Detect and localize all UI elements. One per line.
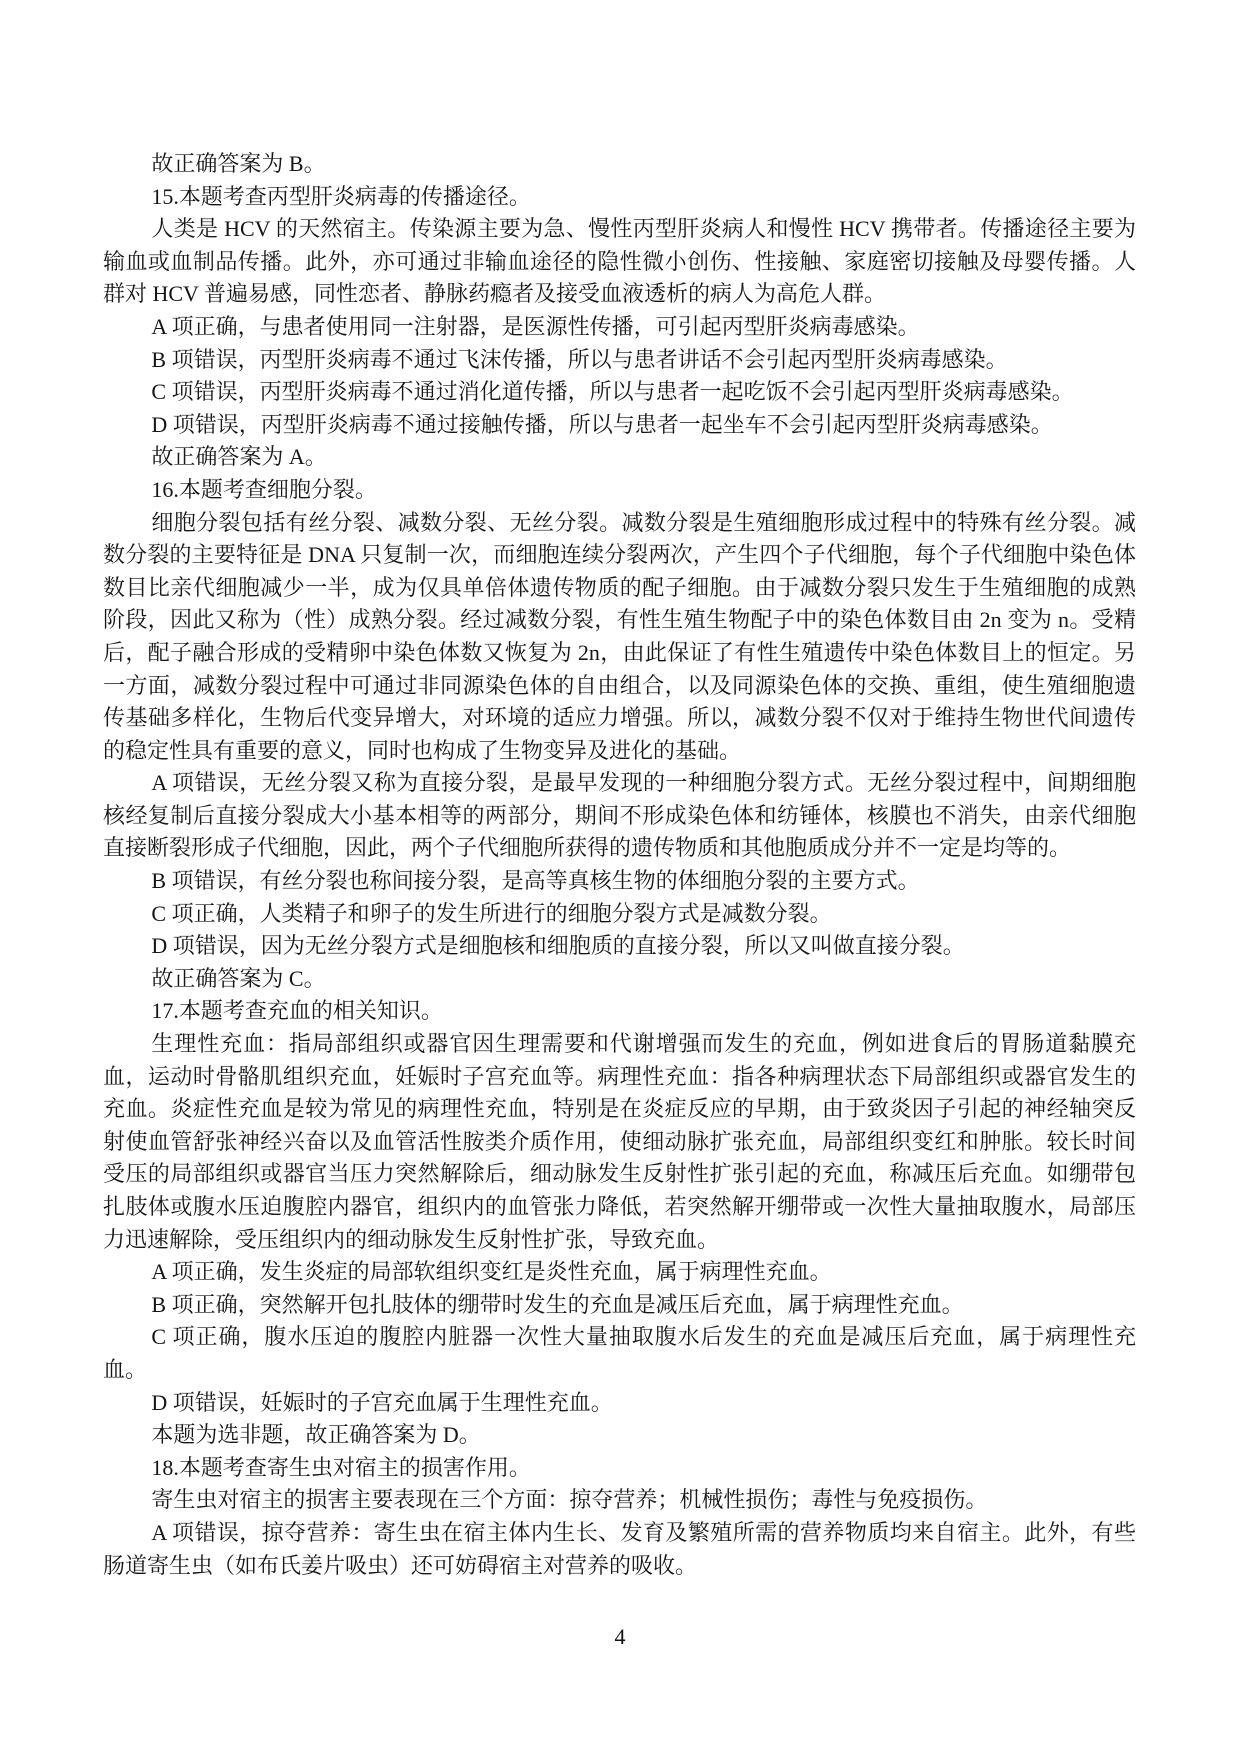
question-18-topic: 18.本题考查寄生虫对宿主的损害作用。 [103,1452,1136,1485]
q17-option-d: D 项错误，妊娠时的子宫充血属于生理性充血。 [103,1387,1136,1420]
q18-option-a: A 项错误，掠夺营养：寄生虫在宿主体内生长、发育及繁殖所需的营养物质均来自宿主。… [103,1517,1136,1582]
question-15-topic: 15.本题考查丙型肝炎病毒的传播途径。 [103,181,1136,214]
q17-analysis: 生理性充血：指局部组织或器官因生理需要和代谢增强而发生的充血，例如进食后的胃肠道… [103,1028,1136,1256]
q16-option-a: A 项错误，无丝分裂又称为直接分裂，是最早发现的一种细胞分裂方式。无丝分裂过程中… [103,767,1136,865]
page-number: 4 [0,1622,1240,1652]
q16-option-d: D 项错误，因为无丝分裂方式是细胞核和细胞质的直接分裂，所以又叫做直接分裂。 [103,930,1136,963]
document-body: 故正确答案为 B。 15.本题考查丙型肝炎病毒的传播途径。 人类是 HCV 的天… [103,148,1136,1582]
q16-option-b: B 项错误，有丝分裂也称间接分裂，是高等真核生物的体细胞分裂的主要方式。 [103,865,1136,898]
question-16-topic: 16.本题考查细胞分裂。 [103,474,1136,507]
q15-option-a: A 项正确，与患者使用同一注射器，是医源性传播，可引起丙型肝炎病毒感染。 [103,311,1136,344]
q15-analysis: 人类是 HCV 的天然宿主。传染源主要为急、慢性丙型肝炎病人和慢性 HCV 携带… [103,213,1136,311]
q15-option-b: B 项错误，丙型肝炎病毒不通过飞沫传播，所以与患者讲话不会引起丙型肝炎病毒感染。 [103,344,1136,377]
q17-answer-line: 本题为选非题，故正确答案为 D。 [103,1419,1136,1452]
question-17-topic: 17.本题考查充血的相关知识。 [103,995,1136,1028]
document-page: 故正确答案为 B。 15.本题考查丙型肝炎病毒的传播途径。 人类是 HCV 的天… [0,0,1240,1754]
q16-analysis: 细胞分裂包括有丝分裂、减数分裂、无丝分裂。减数分裂是生殖细胞形成过程中的特殊有丝… [103,507,1136,768]
q14-answer-line: 故正确答案为 B。 [103,148,1136,181]
q15-option-c: C 项错误，丙型肝炎病毒不通过消化道传播，所以与患者一起吃饭不会引起丙型肝炎病毒… [103,376,1136,409]
q17-option-b: B 项正确，突然解开包扎肢体的绷带时发生的充血是减压后充血，属于病理性充血。 [103,1289,1136,1322]
q16-option-c: C 项正确，人类精子和卵子的发生所进行的细胞分裂方式是减数分裂。 [103,898,1136,931]
q16-answer-line: 故正确答案为 C。 [103,963,1136,996]
q18-analysis: 寄生虫对宿主的损害主要表现在三个方面：掠夺营养；机械性损伤；毒性与免疫损伤。 [103,1484,1136,1517]
q17-option-a: A 项正确，发生炎症的局部软组织变红是炎性充血，属于病理性充血。 [103,1256,1136,1289]
q17-option-c: C 项正确，腹水压迫的腹腔内脏器一次性大量抽取腹水后发生的充血是减压后充血，属于… [103,1321,1136,1386]
q15-answer-line: 故正确答案为 A。 [103,441,1136,474]
q15-option-d: D 项错误，丙型肝炎病毒不通过接触传播，所以与患者一起坐车不会引起丙型肝炎病毒感… [103,409,1136,442]
